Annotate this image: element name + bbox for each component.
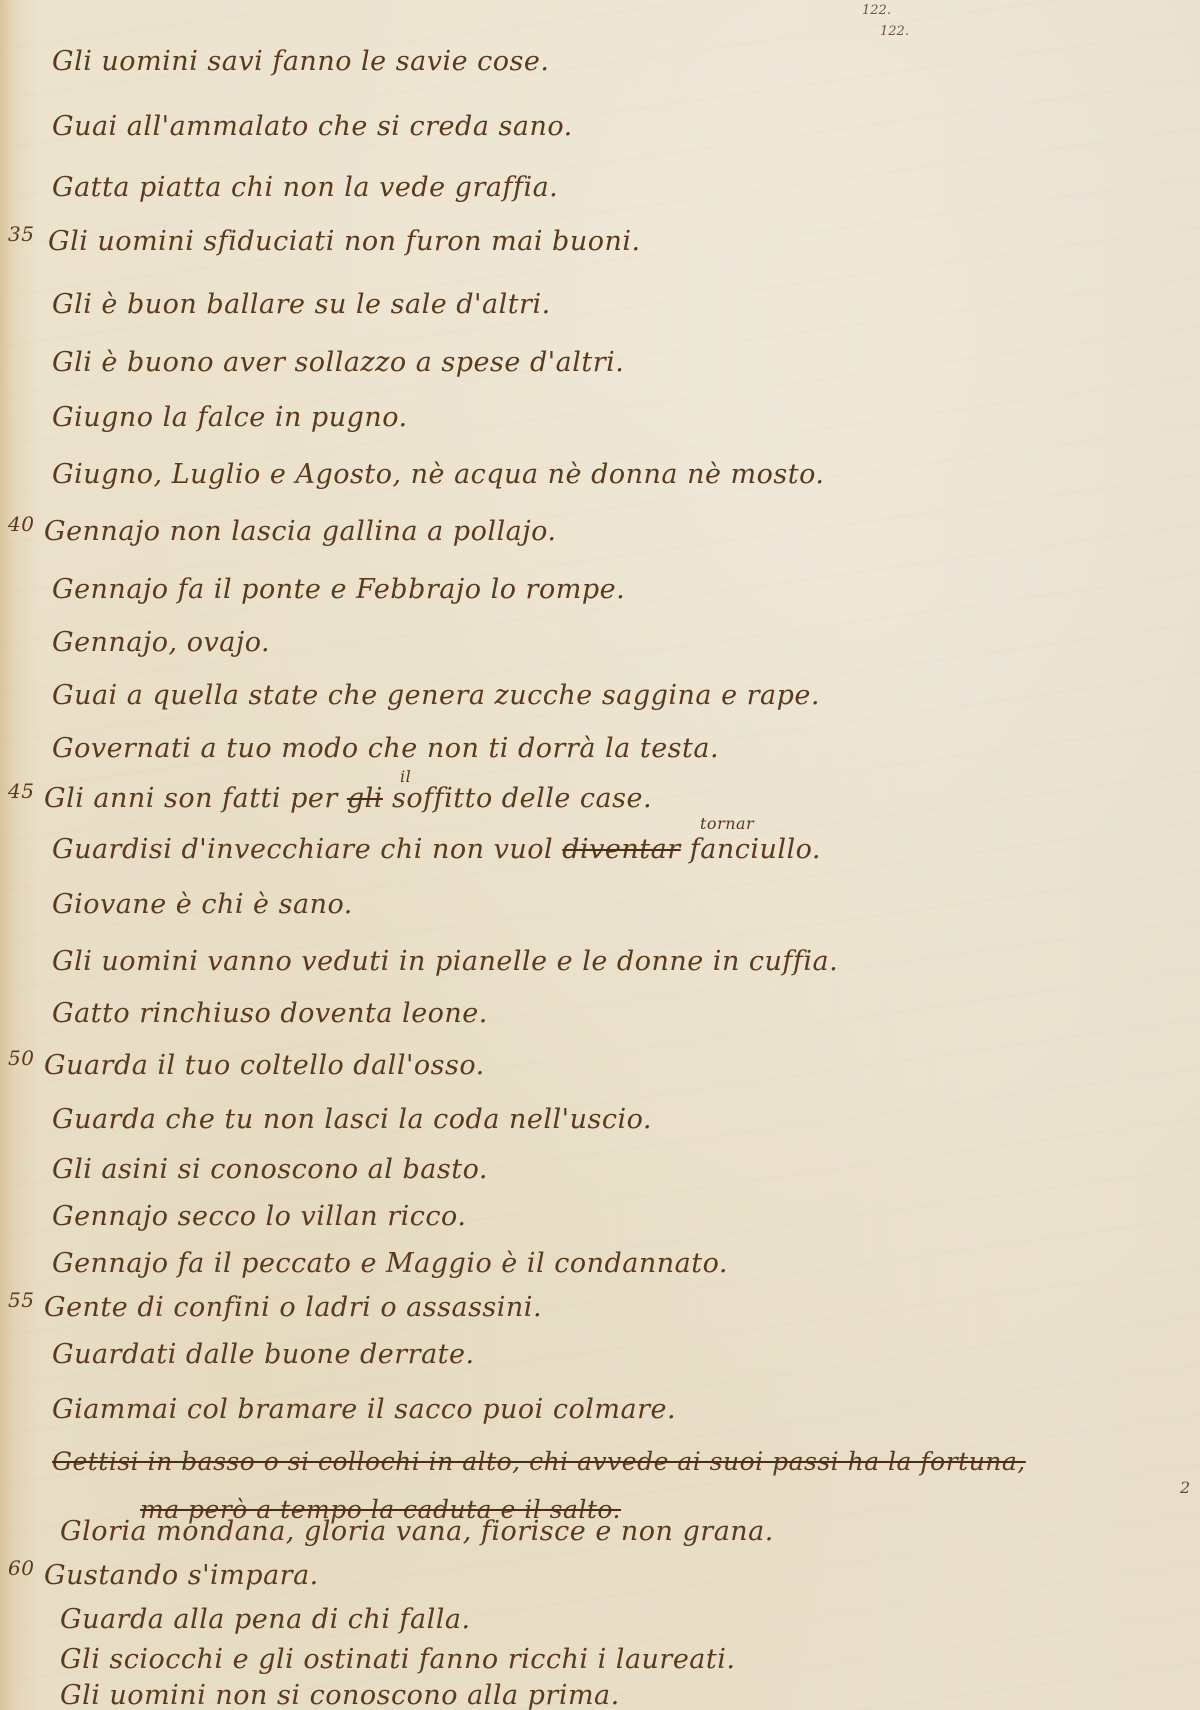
proverb-text: Gli sciocchi e gli ostinati fanno ricchi… xyxy=(60,1640,735,1680)
proverb-text: Gatto rinchiuso doventa leone. xyxy=(52,994,488,1034)
text-after: fanciullo. xyxy=(690,834,821,865)
proverb-text: Gli è buono aver sollazzo a spese d'altr… xyxy=(52,343,624,383)
proverb-text: Gli asini si conoscono al basto. xyxy=(52,1150,488,1190)
proverb-text: Guarda che tu non lasci la coda nell'usc… xyxy=(52,1100,652,1140)
insertion-above: il xyxy=(400,769,411,785)
proverb-text: Gennajo secco lo villan ricco. xyxy=(52,1197,466,1237)
line-number: 55 xyxy=(8,1280,46,1320)
struck-text: Gettisi in basso o si collochi in alto, … xyxy=(52,1442,1026,1482)
proverb-text: Gli uomini non si conoscono alla prima. xyxy=(60,1676,620,1710)
proverb-text: Guai all'ammalato che si creda sano. xyxy=(52,107,573,147)
proverb-text: Governati a tuo modo che non ti dorrà la… xyxy=(52,729,719,769)
text-after: soffitto delle case. xyxy=(392,783,652,814)
text-before: Guardisi d'invecchiare chi non vuol xyxy=(52,834,553,865)
proverb-text: Gustando s'impara. xyxy=(44,1556,319,1596)
proverb-text: Giammai col bramare il sacco puoi colmar… xyxy=(52,1390,676,1430)
manuscript-page: 122. 122. Gli uomini savi fanno le savie… xyxy=(0,0,1200,1710)
text-before: Gli anni son fatti per xyxy=(44,783,338,814)
proverb-text: Gli uomini sfiduciati non furon mai buon… xyxy=(48,222,641,262)
proverb-text: Gente di confini o ladri o assassini. xyxy=(44,1288,542,1328)
proverb-text: Giugno la falce in pugno. xyxy=(52,398,408,438)
proverb-text: Guarda alla pena di chi falla. xyxy=(60,1600,471,1640)
proverb-text: Gli anni son fatti per gli soffitto dell… xyxy=(44,779,652,819)
proverb-text: Gatta piatta chi non la vede graffia. xyxy=(52,168,558,208)
proverb-text: Guardisi d'invecchiare chi non vuol dive… xyxy=(52,830,821,870)
proverb-text: Gennajo non lascia gallina a pollajo. xyxy=(44,512,556,552)
line-number: 50 xyxy=(8,1038,46,1078)
struck-word: diventar xyxy=(562,834,680,865)
proverb-text: Gloria mondana, gloria vana, fiorisce e … xyxy=(60,1512,774,1552)
struck-word: gli xyxy=(347,783,383,814)
line-number: 45 xyxy=(8,771,46,811)
proverb-text: Giovane è chi è sano. xyxy=(52,885,353,925)
line-number: 60 xyxy=(8,1548,46,1588)
proverb-text: Guardati dalle buone derrate. xyxy=(52,1335,475,1375)
line-number: 35 xyxy=(8,214,46,254)
proverb-text: Guarda il tuo coltello dall'osso. xyxy=(44,1046,485,1086)
proverb-text: Gli uomini savi fanno le savie cose. xyxy=(52,42,549,82)
page-number-2: 122. xyxy=(880,25,909,38)
margin-note: 2 xyxy=(1180,1478,1190,1497)
proverb-text: Giugno, Luglio e Agosto, nè acqua nè don… xyxy=(52,455,824,495)
proverb-text: Gennajo fa il ponte e Febbrajo lo rompe. xyxy=(52,570,625,610)
proverb-text: Gli uomini vanno veduti in pianelle e le… xyxy=(52,942,838,982)
proverb-text: Gennajo, ovajo. xyxy=(52,623,270,663)
line-number: 40 xyxy=(8,504,46,544)
insertion-above: tornar xyxy=(700,816,754,832)
proverb-text: Gennajo fa il peccato e Maggio è il cond… xyxy=(52,1244,728,1284)
proverb-text: Guai a quella state che genera zucche sa… xyxy=(52,676,820,716)
proverb-text: Gli è buon ballare su le sale d'altri. xyxy=(52,285,551,325)
page-number-1: 122. xyxy=(862,4,909,17)
page-number: 122. 122. xyxy=(862,4,909,46)
